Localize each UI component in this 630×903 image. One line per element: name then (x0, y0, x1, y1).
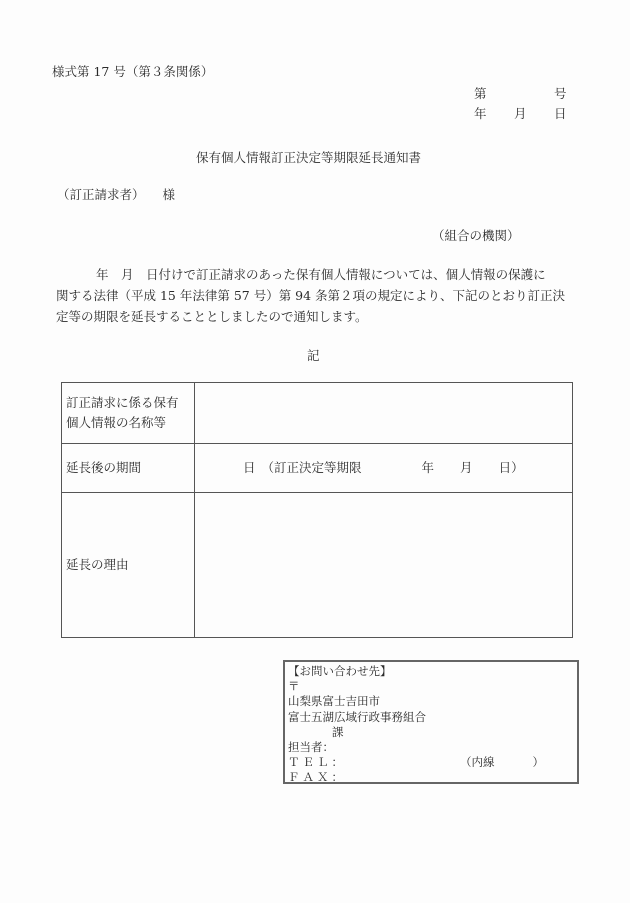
postal-mark: 〒 (288, 679, 577, 694)
extended-period-label: 延長後の期間 (62, 444, 195, 493)
date-month-label: 月 (514, 104, 527, 122)
details-table: 訂正請求に係る保有 個人情報の名称等 延長後の期間 日（訂正決定等期限年月日） … (61, 382, 573, 638)
contact-address: 山梨県富士吉田市 (288, 694, 577, 709)
info-name-label: 訂正請求に係る保有 個人情報の名称等 (62, 383, 195, 444)
period-year: 年 (422, 458, 435, 478)
extension-reason-value[interactable] (195, 493, 573, 638)
period-month: 月 (460, 458, 473, 478)
doc-number-suffix: 号 (554, 84, 567, 102)
doc-number-prefix: 第 (474, 84, 487, 102)
info-name-label-line2: 個人情報の名称等 (66, 413, 190, 433)
period-day-close: 日） (499, 458, 524, 478)
body-line-2: 関する法律（平成 15 年法律第 57 号）第 94 条第２項の規定により、下記… (56, 285, 584, 306)
extension-reason-label: 延長の理由 (62, 493, 195, 638)
contact-heading: 【お問い合わせ先】 (288, 664, 577, 679)
contact-tel-label: ＴＥＬ： (288, 755, 346, 769)
contact-section: 課 (288, 725, 577, 740)
extension-close: ） (533, 755, 545, 769)
table-row: 訂正請求に係る保有 個人情報の名称等 (62, 383, 573, 444)
info-name-value[interactable] (195, 383, 573, 444)
date-year-label: 年 (474, 104, 487, 122)
document-title: 保有個人情報訂正決定等期限延長通知書 (196, 148, 421, 166)
date-day-label: 日 (554, 104, 567, 122)
extended-period-value[interactable]: 日（訂正決定等期限年月日） (195, 444, 573, 493)
extension-label: （内線 (460, 755, 495, 769)
info-name-label-line1: 訂正請求に係る保有 (66, 393, 190, 413)
contact-tel-row: ＴＥＬ： （内線） (288, 755, 577, 770)
addressee-honorific: 様 (163, 187, 176, 202)
form-number: 様式第 17 号（第３条関係） (52, 62, 213, 80)
ki-heading: 記 (307, 346, 320, 364)
period-day: 日 (243, 458, 256, 478)
period-deadline-label: （訂正決定等期限 (262, 458, 362, 478)
body-paragraph: 年 月 日付けで訂正請求のあった保有個人情報については、個人情報の保護に 関する… (56, 264, 584, 327)
contact-box: 【お問い合わせ先】 〒 山梨県富士吉田市 富士五湖広域行政事務組合 課 担当者：… (283, 660, 579, 784)
body-line-3: 定等の期限を延長することとしましたので通知します。 (56, 306, 584, 327)
issuer: （組合の機関） (432, 226, 520, 244)
contact-extension: （内線） (460, 755, 544, 770)
body-line-1: 年 月 日付けで訂正請求のあった保有個人情報については、個人情報の保護に (56, 264, 584, 285)
contact-organization: 富士五湖広域行政事務組合 (288, 710, 577, 725)
addressee: （訂正請求者）様 (57, 185, 175, 203)
contact-fax-label: ＦＡＸ： (288, 770, 577, 785)
table-row: 延長の理由 (62, 493, 573, 638)
table-row: 延長後の期間 日（訂正決定等期限年月日） (62, 444, 573, 493)
addressee-label: （訂正請求者） (57, 187, 145, 202)
contact-person-label: 担当者： (288, 740, 577, 755)
